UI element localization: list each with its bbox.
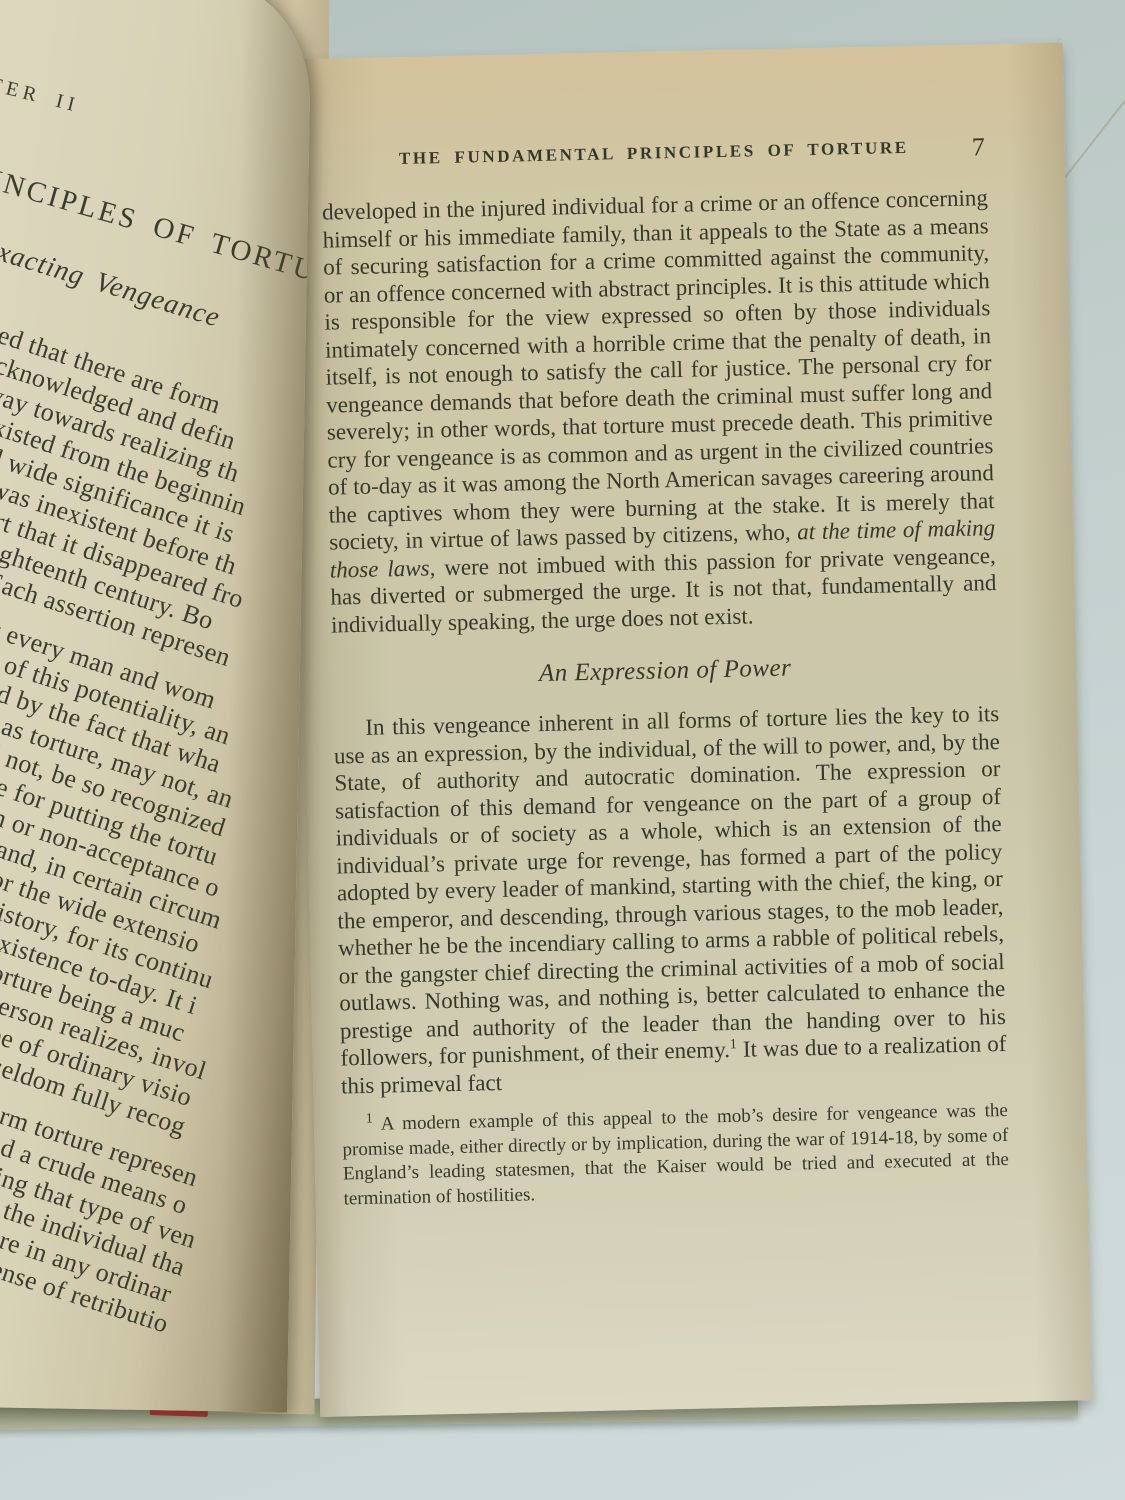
footnote: 1 A modern example of this appeal to the… [342, 1099, 1010, 1212]
section-heading: An Expression of Power [332, 650, 998, 693]
left-page: TER II RINCIPLES OF TORTUR Exacting Veng… [0, 0, 312, 1413]
paragraph-expression-of-power: In this vengeance inherent in all forms … [333, 700, 1007, 1099]
paragraph-text: developed in the injured individual for … [322, 185, 995, 554]
running-head: THE FUNDAMENTAL PRINCIPLES OF TORTURE [399, 138, 909, 168]
footnote-text: A modern example of this appeal to the m… [342, 1100, 1009, 1209]
photo-open-book: THE FUNDAMENTAL PRINCIPLES OF TORTURE 7 … [0, 0, 1125, 1500]
left-page-paragraph: epted that there are forme acknowledged … [0, 309, 312, 595]
right-page: THE FUNDAMENTAL PRINCIPLES OF TORTURE 7 … [291, 42, 1092, 1417]
page-number: 7 [971, 132, 985, 162]
chapter-header-fragment: TER II [0, 73, 312, 193]
table-scratch [1059, 65, 1125, 184]
paragraph-vengeance: developed in the injured individual for … [322, 184, 997, 638]
left-page-paragraph: that every man and womope of this potent… [0, 604, 312, 1076]
paragraph-text: In this vengeance inherent in all forms … [334, 701, 1006, 1070]
page-header: THE FUNDAMENTAL PRINCIPLES OF TORTURE 7 [321, 136, 987, 177]
left-page-text: TER II RINCIPLES OF TORTUR Exacting Veng… [0, 73, 312, 1294]
